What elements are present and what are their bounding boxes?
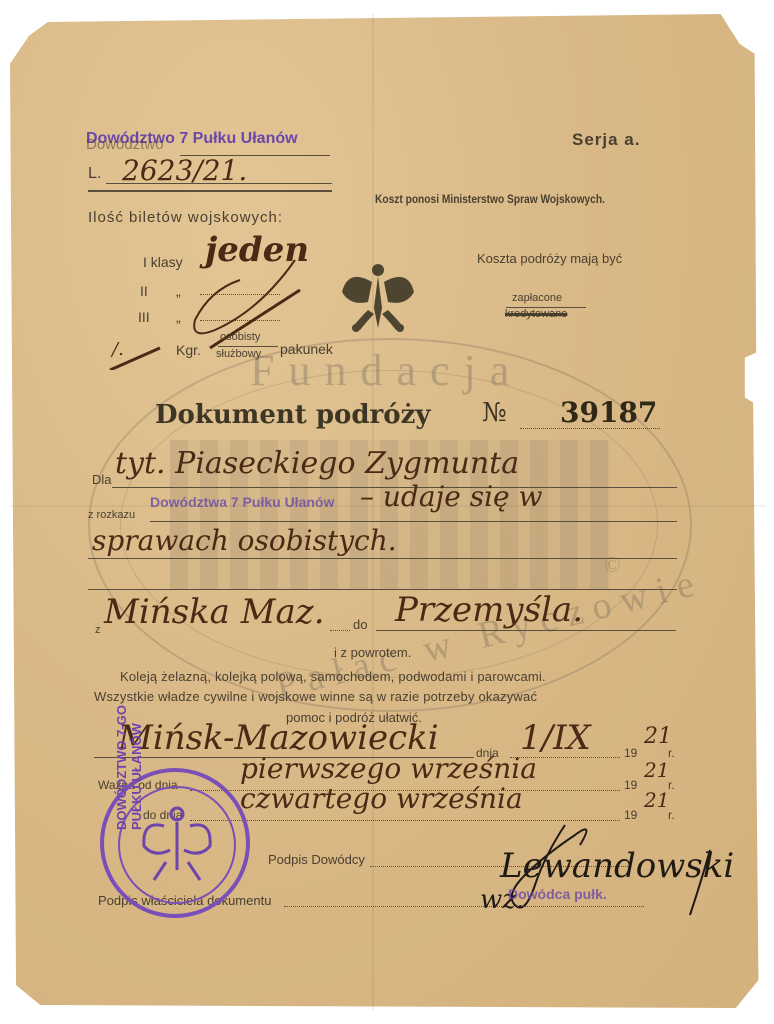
luggage-official: służbowy — [216, 348, 261, 360]
kgr-value: /. — [112, 339, 124, 360]
stamp-eagle-icon — [134, 800, 220, 890]
transport-line: Koleją żelazną, kolejką polową, samochod… — [120, 669, 546, 684]
series-label: Serja a. — [572, 130, 641, 150]
rule — [106, 183, 332, 184]
kgr-label: Kgr. — [176, 342, 201, 358]
rule — [520, 428, 660, 429]
round-stamp-text: DOWÓDZTWO 7-GO PUŁKU UŁANÓW — [114, 698, 144, 830]
luggage-personal: osobisty — [220, 331, 260, 343]
rule — [284, 906, 644, 907]
credited-option-struck: kredytowane — [505, 308, 567, 320]
year-prefix: 19 — [624, 746, 637, 760]
document-number: 39187 — [560, 396, 657, 429]
valid-to-value: czwartego września — [240, 782, 523, 815]
to-label: do — [353, 617, 367, 632]
number-prefix: L. — [88, 165, 101, 183]
rule — [88, 190, 332, 192]
paid-option: zapłacone — [512, 292, 562, 304]
number-sign: № — [482, 398, 507, 428]
authorities-line: Wszystkie władze cywilne i wojskowe winn… — [94, 689, 537, 704]
order-value-cont: sprawach osobistych. — [92, 524, 397, 557]
eagle-emblem-icon — [338, 258, 418, 338]
return-label: i z powrotem. — [334, 645, 411, 660]
commander-title-stamp: Dowódca pułk. — [508, 886, 607, 902]
from-value: Mińska Maz. — [104, 592, 325, 632]
round-unit-stamp: DOWÓDZTWO 7-GO PUŁKU UŁANÓW — [100, 768, 250, 918]
order-label: z rozkazu — [88, 509, 135, 521]
order-value: – udaje się w — [360, 480, 542, 513]
order-stamp: Dowództwa 7 Pułku Ułanów — [150, 494, 334, 510]
watermark-copyright-icon: © — [604, 552, 621, 578]
printed-unit-label: Dowództwo — [86, 136, 164, 153]
luggage-label: pakunek — [280, 341, 333, 357]
rule — [218, 346, 278, 347]
valid-from-year-prefix: 19 — [624, 778, 637, 792]
from-label: z — [95, 624, 101, 636]
for-value: tyt. Piaseckiego Zygmunta — [115, 446, 519, 481]
costs-label: Koszta podróży mają być — [477, 251, 622, 266]
commander-sign-label: Podpis Dowódcy — [268, 852, 365, 867]
rule — [150, 521, 677, 522]
valid-from-year: 21 — [644, 758, 669, 782]
rule — [88, 589, 677, 590]
rule — [88, 558, 677, 559]
for-label: Dla — [92, 472, 112, 487]
valid-to-year: 21 — [644, 788, 669, 812]
cost-note: Koszt ponosi Ministerstwo Spraw Wojskowy… — [375, 192, 605, 206]
tickets-label: Ilość biletów wojskowych: — [88, 209, 283, 226]
rule — [376, 630, 676, 631]
to-value: Przemyśla. — [395, 590, 583, 630]
document-title: Dokument podróży — [155, 400, 430, 430]
rule — [330, 630, 350, 631]
valid-from-value: pierwszego września — [240, 752, 537, 785]
